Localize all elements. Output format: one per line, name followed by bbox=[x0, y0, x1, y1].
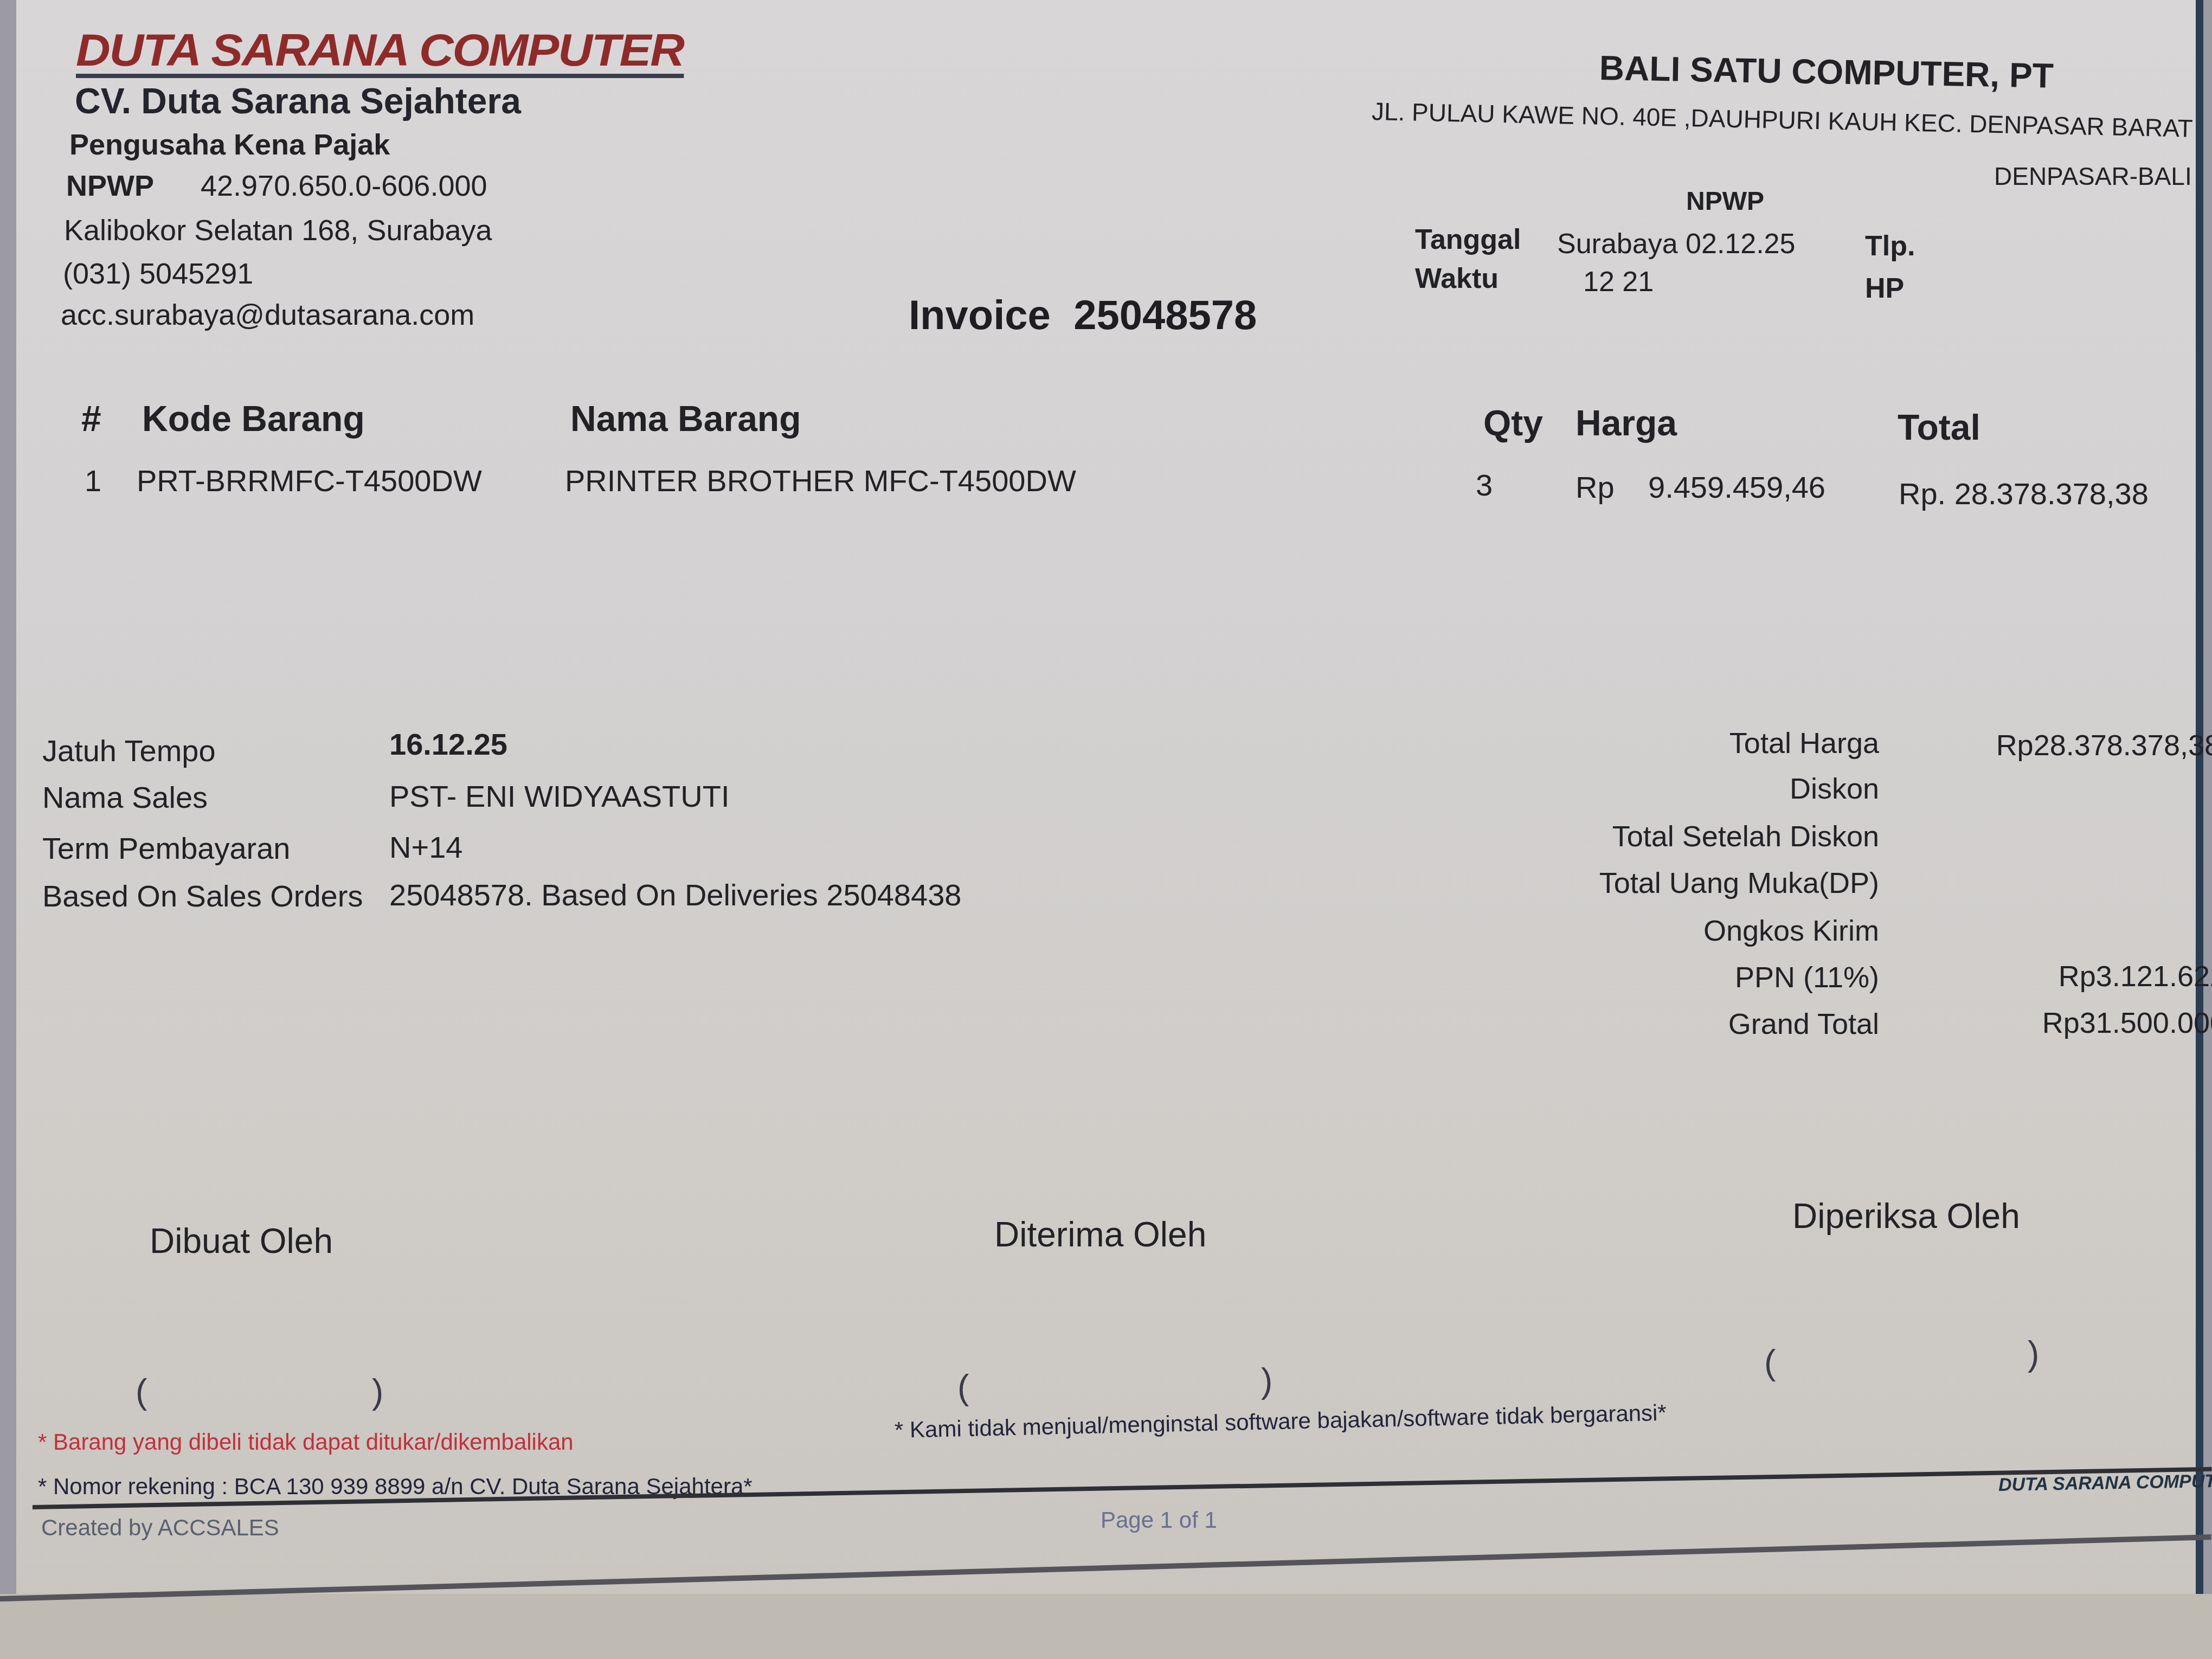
signature-checked-by-label: Diperiksa Oleh bbox=[1792, 1196, 2020, 1236]
customer-address: JL. PULAU KAWE NO. 40E ,DAUHPURI KAUH KE… bbox=[1371, 97, 2193, 143]
payment-term-value: N+14 bbox=[389, 829, 462, 865]
signature-received-by-label: Diterima Oleh bbox=[994, 1214, 1206, 1255]
mobile-label: HP bbox=[1865, 272, 1904, 305]
signature-made-by-open-paren: ( bbox=[136, 1372, 147, 1412]
footer-logo: DUTA SARANA COMPUTER bbox=[1998, 1470, 2212, 1496]
row-no: 1 bbox=[85, 463, 101, 498]
summary-vat-label: PPN (11%) bbox=[1391, 961, 1879, 994]
note-software-policy: * Kami tidak menjual/menginstal software… bbox=[894, 1400, 1667, 1443]
row-price-prefix: Rp bbox=[1576, 470, 1615, 505]
summary-down-payment-label: Total Uang Muka(DP) bbox=[1391, 866, 1879, 900]
seller-company-name: CV. Duta Sarana Sejahtera bbox=[75, 80, 521, 121]
col-header-no: # bbox=[81, 398, 101, 439]
seller-npwp-value: 42.970.650.0-606.000 bbox=[201, 169, 487, 203]
col-header-code: Kode Barang bbox=[142, 398, 365, 439]
summary-grand-total-label: Grand Total bbox=[1391, 1007, 1879, 1041]
seller-email: acc.surabaya@dutasarana.com bbox=[61, 298, 474, 332]
seller-tax-status: Pengusaha Kena Pajak bbox=[69, 128, 390, 162]
time-value: 12 21 bbox=[1583, 266, 1654, 298]
due-date-label: Jatuh Tempo bbox=[42, 733, 216, 768]
summary-grand-total-value: Rp31.500.000 bbox=[1847, 1006, 2212, 1040]
summary-vat-value: Rp3.121.622 bbox=[1847, 960, 2212, 993]
due-date-value: 16.12.25 bbox=[389, 726, 507, 762]
note-no-return: * Barang yang dibeli tidak dapat ditukar… bbox=[38, 1429, 574, 1455]
based-on-value: 25048578. Based On Deliveries 25048438 bbox=[389, 877, 961, 912]
summary-discount-label: Diskon bbox=[1391, 772, 1879, 806]
row-price: 9.459.459,46 bbox=[1648, 470, 1825, 505]
page-number: Page 1 of 1 bbox=[1101, 1507, 1217, 1533]
col-header-total: Total bbox=[1898, 407, 1980, 448]
row-code: PRT-BRRMFC-T4500DW bbox=[137, 463, 482, 498]
based-on-label: Based On Sales Orders bbox=[42, 878, 363, 914]
summary-total-price-label: Total Harga bbox=[1391, 726, 1879, 760]
summary-after-discount-label: Total Setelah Diskon bbox=[1391, 820, 1879, 853]
signature-made-by-close-paren: ) bbox=[372, 1372, 383, 1412]
summary-shipping-label: Ongkos Kirim bbox=[1391, 914, 1879, 948]
signature-received-by-open-paren: ( bbox=[957, 1367, 969, 1407]
col-header-price: Harga bbox=[1576, 402, 1677, 443]
row-qty: 3 bbox=[1476, 467, 1493, 503]
summary-total-price-value: Rp28.378.378,38 bbox=[1841, 729, 2212, 762]
col-header-name: Nama Barang bbox=[570, 398, 801, 439]
customer-npwp-label: NPWP bbox=[1686, 187, 1764, 216]
phone-label: Tlp. bbox=[1865, 230, 1915, 262]
invoice-label: Invoice bbox=[909, 292, 1051, 338]
signature-received-by-close-paren: ) bbox=[1261, 1361, 1272, 1401]
date-label: Tanggal bbox=[1415, 223, 1521, 256]
invoice-document: DUTA SARANA COMPUTER CV. Duta Sarana Sej… bbox=[16, 0, 2203, 1605]
signature-checked-by-close-paren: ) bbox=[2028, 1334, 2039, 1374]
signature-made-by-label: Dibuat Oleh bbox=[150, 1221, 333, 1261]
sales-name-label: Nama Sales bbox=[42, 780, 208, 815]
monitor-bezel-area bbox=[0, 1594, 2212, 1659]
col-header-qty: Qty bbox=[1483, 402, 1543, 443]
customer-city: DENPASAR-BALI bbox=[1994, 162, 2192, 191]
seller-address: Kalibokor Selatan 168, Surabaya bbox=[64, 214, 492, 247]
invoice-number: 25048578 bbox=[1073, 292, 1257, 338]
created-by: Created by ACCSALES bbox=[41, 1515, 279, 1541]
sales-name-value: PST- ENI WIDYAASTUTI bbox=[389, 779, 729, 814]
signature-checked-by-open-paren: ( bbox=[1764, 1342, 1776, 1382]
customer-name: BALI SATU COMPUTER, PT bbox=[1599, 48, 2054, 96]
invoice-title: Invoice 25048578 bbox=[909, 292, 1257, 339]
row-name: PRINTER BROTHER MFC-T4500DW bbox=[565, 463, 1076, 498]
row-total: Rp. 28.378.378,38 bbox=[1899, 476, 2149, 511]
payment-term-label: Term Pembayaran bbox=[42, 831, 291, 866]
date-value: Surabaya 02.12.25 bbox=[1557, 228, 1795, 260]
seller-npwp-label: NPWP bbox=[66, 169, 154, 203]
time-label: Waktu bbox=[1415, 262, 1499, 295]
seller-phone: (031) 5045291 bbox=[63, 257, 253, 291]
seller-logo: DUTA SARANA COMPUTER bbox=[76, 26, 684, 78]
